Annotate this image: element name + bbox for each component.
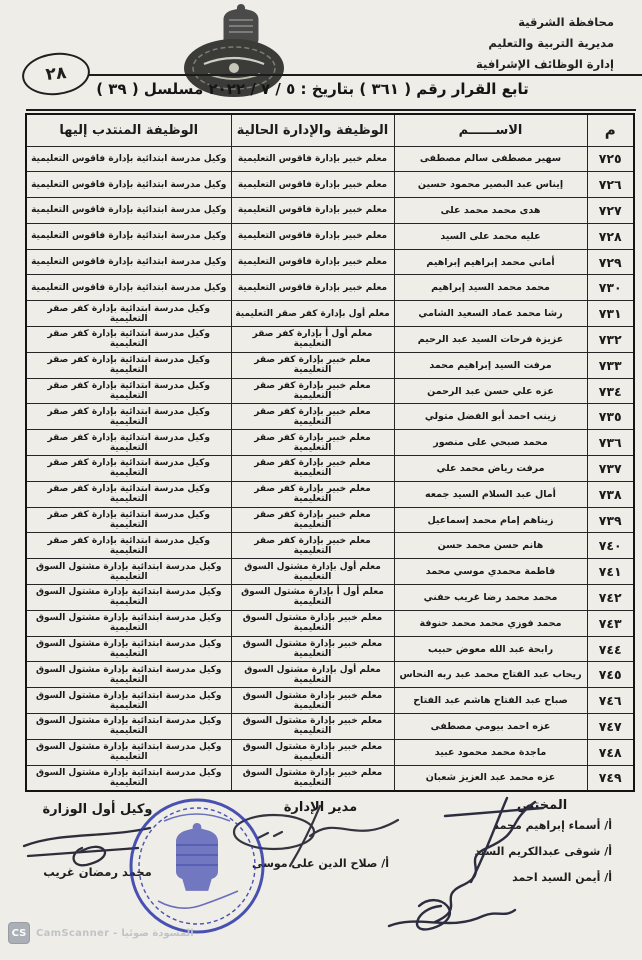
assigned-position: وكيل مدرسة ابتدائية بإدارة كفر صقر التعل…: [26, 327, 231, 353]
table-row: ٧٢٨ عليه محمد على السيد معلم خبير بإدارة…: [26, 223, 634, 249]
specialist-name-2: أ/ شوقى عبدالكريم السيد: [417, 839, 612, 865]
employee-name: محمد محمد رضا غريب حفني: [394, 585, 587, 611]
current-position: معلم خبير بإدارة كفر صقر التعليمية: [231, 404, 394, 430]
employee-name: مرفت رياض محمد علي: [394, 456, 587, 482]
assigned-position: وكيل مدرسة ابتدائية بإدارة مشتول السوق ا…: [26, 636, 231, 662]
current-position: معلم خبير بإدارة كفر صقر التعليمية: [231, 430, 394, 456]
table-row: ٧٣٠ محمد محمد السيد إبراهيم معلم خبير بإ…: [26, 275, 634, 301]
assigned-position: وكيل مدرسة ابتدائية بإدارة كفر صقر التعل…: [26, 404, 231, 430]
assigned-position: وكيل مدرسة ابتدائية بإدارة مشتول السوق ا…: [26, 559, 231, 585]
assigned-position: وكيل مدرسة ابتدائية بإدارة كفر صقر التعل…: [26, 352, 231, 378]
current-position: معلم خبير بإدارة فاقوس التعليمية: [231, 172, 394, 198]
header-rule: [88, 74, 642, 76]
current-position: معلم خبير بإدارة فاقوس التعليمية: [231, 275, 394, 301]
current-position: معلم خبير بإدارة كفر صقر التعليمية: [231, 507, 394, 533]
director-name: أ/ صلاح الدين على موسى: [238, 857, 403, 870]
employee-name: عزه احمد بيومي مصطفى: [394, 714, 587, 740]
employee-name: عزيزة فرحات السيد عبد الرحيم: [394, 327, 587, 353]
employee-name: عزه علي حسن عبد الرحمن: [394, 378, 587, 404]
table-row: ٧٤١ فاطمة محمدي موسي محمد معلم أول بإدار…: [26, 559, 634, 585]
decree-title: تابع القرار رقم ( ٣٦١ ) بتاريخ : ٥ / ٧ /…: [60, 80, 565, 98]
specialist-block: المختص أ/ أسماء إبراهيم محمد أ/ شوقى عبد…: [417, 798, 612, 891]
employee-name: محمد فوزي محمد محمد حنوفة: [394, 610, 587, 636]
table-row: ٧٢٥ سهير مصطفى سالم مصطفى معلم خبير بإدا…: [26, 146, 634, 172]
table-row: ٧٤٩ عزه محمد عبد العزيز شعبان معلم خبير …: [26, 765, 634, 791]
row-number: ٧٤٧: [587, 714, 634, 740]
employee-name: ماجدة محمد محمود عبيد: [394, 739, 587, 765]
assigned-position: وكيل مدرسة ابتدائية بإدارة كفر صقر التعل…: [26, 507, 231, 533]
table-row: ٧٤٠ هانم حسن محمد حسن معلم خبير بإدارة ك…: [26, 533, 634, 559]
employee-name: ريحاب عبد الفتاح محمد عبد ربه النحاس: [394, 662, 587, 688]
employee-name: أماني محمد إبراهيم إبراهيم: [394, 249, 587, 275]
table-row: ٧٣٨ أمال عبد السلام السيد جمعه معلم خبير…: [26, 481, 634, 507]
employee-name: صباح عبد الفتاح هاشم عبد الفتاح: [394, 688, 587, 714]
employee-name: عزه محمد عبد العزيز شعبان: [394, 765, 587, 791]
row-number: ٧٣٩: [587, 507, 634, 533]
assigned-position: وكيل مدرسة ابتدائية بإدارة كفر صقر التعل…: [26, 430, 231, 456]
assigned-position: وكيل مدرسة ابتدائية بإدارة مشتول السوق ا…: [26, 739, 231, 765]
table-row: ٧٣٥ زينب احمد أبو الفضل متولي معلم خبير …: [26, 404, 634, 430]
stamp-eagle-icon: [176, 823, 218, 891]
assigned-position: وكيل مدرسة ابتدائية بإدارة كفر صقر التعل…: [26, 456, 231, 482]
assigned-position: وكيل مدرسة ابتدائية بإدارة مشتول السوق ا…: [26, 610, 231, 636]
undersecretary-name: محمد رمضان غريب: [20, 865, 175, 879]
assigned-position: وكيل مدرسة ابتدائية بإدارة مشتول السوق ا…: [26, 585, 231, 611]
table-row: ٧٣٦ محمد صبحي على منصور معلم خبير بإدارة…: [26, 430, 634, 456]
current-position: معلم أول بإدارة مشتول السوق التعليمية: [231, 559, 394, 585]
current-position: معلم خبير بإدارة مشتول السوق التعليمية: [231, 688, 394, 714]
current-position: معلم خبير بإدارة مشتول السوق التعليمية: [231, 636, 394, 662]
table-row: ٧٣١ رشا محمد عماد السعيد الشامي معلم أول…: [26, 301, 634, 327]
row-number: ٧٤٥: [587, 662, 634, 688]
table-row: ٧٤٣ محمد فوزي محمد محمد حنوفة معلم خبير …: [26, 610, 634, 636]
row-number: ٧٣٣: [587, 352, 634, 378]
table-body: ٧٢٥ سهير مصطفى سالم مصطفى معلم خبير بإدا…: [26, 146, 634, 791]
governorate-line: محافظة الشرقية: [476, 12, 614, 33]
employee-name: محمد صبحي على منصور: [394, 430, 587, 456]
row-number: ٧٢٨: [587, 223, 634, 249]
current-position: معلم خبير بإدارة كفر صقر التعليمية: [231, 378, 394, 404]
row-number: ٧٣٦: [587, 430, 634, 456]
current-position: معلم خبير بإدارة فاقوس التعليمية: [231, 223, 394, 249]
undersecretary-block: وكيل أول الوزارة محمد رمضان غريب: [20, 802, 175, 879]
employee-name: زيناهم إمام محمد إسماعيل: [394, 507, 587, 533]
current-position: معلم خبير بإدارة فاقوس التعليمية: [231, 198, 394, 224]
employee-name: عليه محمد على السيد: [394, 223, 587, 249]
assigned-position: وكيل مدرسة ابتدائية بإدارة مشتول السوق ا…: [26, 688, 231, 714]
current-position: معلم أول أ بإدارة مشتول السوق التعليمية: [231, 585, 394, 611]
employee-name: مرفت السيد إبراهيم محمد: [394, 352, 587, 378]
table-row: ٧٤٦ صباح عبد الفتاح هاشم عبد الفتاح معلم…: [26, 688, 634, 714]
table-row: ٧٣٤ عزه علي حسن عبد الرحمن معلم خبير بإد…: [26, 378, 634, 404]
current-position: معلم أول بإدارة كفر صقر التعليمية: [231, 301, 394, 327]
assigned-position: وكيل مدرسة ابتدائية بإدارة كفر صقر التعل…: [26, 378, 231, 404]
assigned-position: وكيل مدرسة ابتدائية بإدارة فاقوس التعليم…: [26, 198, 231, 224]
current-position: معلم خبير بإدارة مشتول السوق التعليمية: [231, 610, 394, 636]
row-number: ٧٤٦: [587, 688, 634, 714]
row-number: ٧٣١: [587, 301, 634, 327]
row-number: ٧٢٧: [587, 198, 634, 224]
employee-name: رابحة عبد الله معوض حبيب: [394, 636, 587, 662]
specialist-title: المختص: [417, 798, 612, 813]
assigned-position: وكيل مدرسة ابتدائية بإدارة مشتول السوق ا…: [26, 662, 231, 688]
row-number: ٧٤٨: [587, 739, 634, 765]
col-header-name: الاســــــم: [394, 114, 587, 146]
current-position: معلم خبير بإدارة مشتول السوق التعليمية: [231, 765, 394, 791]
assigned-position: وكيل مدرسة ابتدائية بإدارة فاقوس التعليم…: [26, 172, 231, 198]
row-number: ٧٣٧: [587, 456, 634, 482]
employee-name: فاطمة محمدي موسي محمد: [394, 559, 587, 585]
table-row: ٧٤٢ محمد محمد رضا غريب حفني معلم أول أ ب…: [26, 585, 634, 611]
employee-name: أمال عبد السلام السيد جمعه: [394, 481, 587, 507]
row-number: ٧٤٤: [587, 636, 634, 662]
row-number: ٧٤٠: [587, 533, 634, 559]
table-row: ٧٤٤ رابحة عبد الله معوض حبيب معلم خبير ب…: [26, 636, 634, 662]
table-row: ٧٣٢ عزيزة فرحات السيد عبد الرحيم معلم أو…: [26, 327, 634, 353]
title-rule: [26, 109, 636, 111]
row-number: ٧٤٢: [587, 585, 634, 611]
assigned-position: وكيل مدرسة ابتدائية بإدارة فاقوس التعليم…: [26, 146, 231, 172]
undersecretary-title: وكيل أول الوزارة: [20, 802, 175, 817]
specialist-name-1: أ/ أسماء إبراهيم محمد: [417, 813, 612, 839]
assigned-position: وكيل مدرسة ابتدائية بإدارة فاقوس التعليم…: [26, 249, 231, 275]
current-position: معلم خبير بإدارة كفر صقر التعليمية: [231, 352, 394, 378]
table-row: ٧٢٩ أماني محمد إبراهيم إبراهيم معلم خبير…: [26, 249, 634, 275]
current-position: معلم خبير بإدارة كفر صقر التعليمية: [231, 456, 394, 482]
administration-line: إدارة الوظائف الإشرافية: [476, 54, 614, 75]
current-position: معلم خبير بإدارة مشتول السوق التعليمية: [231, 714, 394, 740]
table-row: ٧٣٧ مرفت رياض محمد علي معلم خبير بإدارة …: [26, 456, 634, 482]
employee-name: سهير مصطفى سالم مصطفى: [394, 146, 587, 172]
current-position: معلم خبير بإدارة فاقوس التعليمية: [231, 146, 394, 172]
assigned-position: وكيل مدرسة ابتدائية بإدارة فاقوس التعليم…: [26, 275, 231, 301]
table-row: ٧٣٩ زيناهم إمام محمد إسماعيل معلم خبير ب…: [26, 507, 634, 533]
directorate-line: مديرية التربية والتعليم: [476, 33, 614, 54]
employee-name: محمد محمد السيد إبراهيم: [394, 275, 587, 301]
row-number: ٧٢٩: [587, 249, 634, 275]
table-row: ٧٤٧ عزه احمد بيومي مصطفى معلم خبير بإدار…: [26, 714, 634, 740]
current-position: معلم خبير بإدارة مشتول السوق التعليمية: [231, 739, 394, 765]
current-position: معلم خبير بإدارة كفر صقر التعليمية: [231, 533, 394, 559]
row-number: ٧٤٣: [587, 610, 634, 636]
camscanner-text: CamScanner - المسودة ضوئيا: [36, 928, 194, 939]
org-header: محافظة الشرقية مديرية التربية والتعليم إ…: [476, 12, 614, 75]
employee-name: رشا محمد عماد السعيد الشامي: [394, 301, 587, 327]
row-number: ٧٣٨: [587, 481, 634, 507]
camscanner-watermark: CS CamScanner - المسودة ضوئيا: [8, 922, 194, 944]
employee-name: زينب احمد أبو الفضل متولي: [394, 404, 587, 430]
col-header-current: الوظيفة والإدارة الحالية: [231, 114, 394, 146]
row-number: ٧٣٤: [587, 378, 634, 404]
col-header-assigned: الوظيفة المنتدب إليها: [26, 114, 231, 146]
current-position: معلم أول بإدارة مشتول السوق التعليمية: [231, 662, 394, 688]
assigned-position: وكيل مدرسة ابتدائية بإدارة فاقوس التعليم…: [26, 223, 231, 249]
employee-name: إيناس عبد البصير محمود حسين: [394, 172, 587, 198]
row-number: ٧٤٩: [587, 765, 634, 791]
director-title: مدير الإدارة: [238, 800, 403, 815]
row-number: ٧٣٥: [587, 404, 634, 430]
row-number: ٧٢٦: [587, 172, 634, 198]
table-row: ٧٣٣ مرفت السيد إبراهيم محمد معلم خبير بإ…: [26, 352, 634, 378]
specialist-name-3: أ/ أيمن السيد احمد: [417, 865, 612, 891]
assigned-position: وكيل مدرسة ابتدائية بإدارة مشتول السوق ا…: [26, 765, 231, 791]
assignments-table: م الاســــــم الوظيفة والإدارة الحالية ا…: [25, 113, 635, 792]
employee-name: هانم حسن محمد حسن: [394, 533, 587, 559]
current-position: معلم أول أ بإدارة كفر صقر التعليمية: [231, 327, 394, 353]
assigned-position: وكيل مدرسة ابتدائية بإدارة مشتول السوق ا…: [26, 714, 231, 740]
table-row: ٧٢٧ هدى محمد محمد على معلم خبير بإدارة ف…: [26, 198, 634, 224]
assigned-position: وكيل مدرسة ابتدائية بإدارة كفر صقر التعل…: [26, 533, 231, 559]
row-number: ٧٤١: [587, 559, 634, 585]
col-header-number: م: [587, 114, 634, 146]
employee-name: هدى محمد محمد على: [394, 198, 587, 224]
assigned-position: وكيل مدرسة ابتدائية بإدارة كفر صقر التعل…: [26, 481, 231, 507]
table-header-row: م الاســــــم الوظيفة والإدارة الحالية ا…: [26, 114, 634, 146]
scanned-decree-page: { "header": { "org_lines": ["محافظة الشر…: [0, 0, 642, 960]
table-row: ٧٤٥ ريحاب عبد الفتاح محمد عبد ربه النحاس…: [26, 662, 634, 688]
current-position: معلم خبير بإدارة كفر صقر التعليمية: [231, 481, 394, 507]
row-number: ٧٣٠: [587, 275, 634, 301]
table-row: ٧٤٨ ماجدة محمد محمود عبيد معلم خبير بإدا…: [26, 739, 634, 765]
row-number: ٧٢٥: [587, 146, 634, 172]
table-row: ٧٢٦ إيناس عبد البصير محمود حسين معلم خبي…: [26, 172, 634, 198]
camscanner-badge-icon: CS: [8, 922, 30, 944]
director-block: مدير الإدارة أ/ صلاح الدين على موسى: [238, 800, 403, 870]
current-position: معلم خبير بإدارة فاقوس التعليمية: [231, 249, 394, 275]
assigned-position: وكيل مدرسة ابتدائية بإدارة كفر صقر التعل…: [26, 301, 231, 327]
row-number: ٧٣٢: [587, 327, 634, 353]
